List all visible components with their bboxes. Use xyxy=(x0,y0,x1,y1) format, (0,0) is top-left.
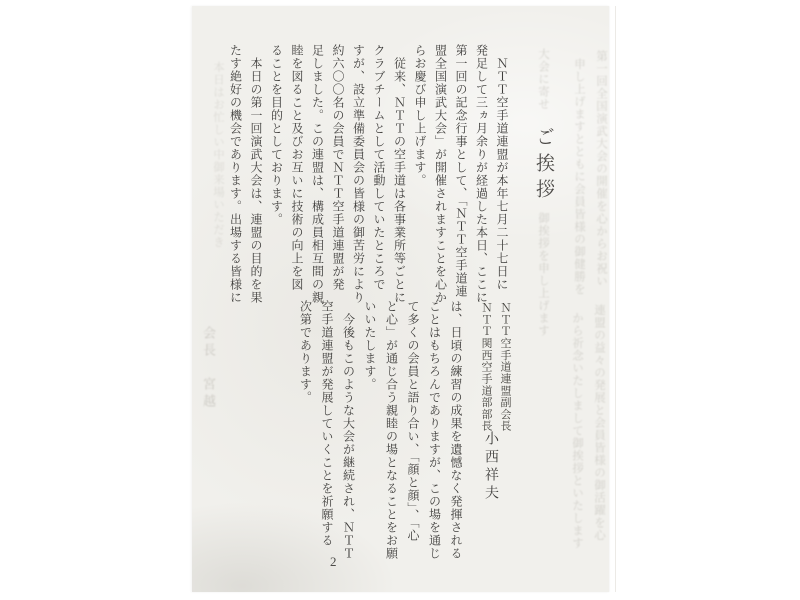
bleedthrough-column: 第一回全国演武大会の開催を心からお祝い xyxy=(591,50,611,288)
bleedthrough-column: 会長 宮越 xyxy=(198,326,218,411)
text-column: と心」が通じ合う親睦の場となることをお願 xyxy=(380,300,402,564)
text-column: ることを目的としております。 xyxy=(266,44,287,308)
body-block-lower: は、日頃の練習の成果を遺憾なく発揮される ことはもちろんでありますが、この場を通… xyxy=(294,300,466,564)
text-column: て多くの会員と語り合い、「顔と顔」、「心 xyxy=(402,300,424,564)
bleedthrough-column: 大会に寄せ xyxy=(533,48,553,111)
text-column: 次第であります。 xyxy=(294,300,316,564)
page-number: 2 xyxy=(330,554,337,570)
body-block-upper: ＮＴＴ空手道連盟が本年七月二十七日に 発足して三ヵ月余りが経過した本日、ここに … xyxy=(225,44,512,308)
text-column: 足しました。この連盟は、構成員相互間の親 xyxy=(307,44,328,308)
text-column: すが、設立準備委員会の皆様の御苦労により xyxy=(348,44,369,308)
text-column: は、日頃の練習の成果を遺憾なく発揮される xyxy=(445,300,467,564)
text-column: 従来、ＮＴＴの空手道は各事業所等ごとに xyxy=(389,44,410,308)
text-column: 発足して三ヵ月余りが経過した本日、ここに xyxy=(471,44,492,308)
text-column: 第一回の記念行事として、「ＮＴＴ空手道連 xyxy=(451,44,472,308)
bleedthrough-column: から祈念いたしまして御挨拶といたします xyxy=(567,312,587,550)
page-title: ご挨拶 xyxy=(530,127,557,205)
text-column: ことはもちろんでありますが、この場を通じ xyxy=(423,300,445,564)
text-column: 今後もこのような大会が継続され、ＮＴＴ xyxy=(337,300,359,564)
text-column: 空手道連盟が発展していくことを祈願する xyxy=(316,300,338,564)
text-column: らお慶び申し上げます。 xyxy=(410,44,431,308)
scanned-page: 第一回全国演武大会の開催を心からお祝い 申し上げますとともに会員皆様の御健勝を … xyxy=(192,6,609,592)
text-column: 約六〇〇名の会員でＮＴＴ空手道連盟が発 xyxy=(328,44,349,308)
text-column: クラブチームとして活動していたところで xyxy=(369,44,390,308)
bleedthrough-column: 連盟の益々の発展と会員皆様の御活躍を心 xyxy=(589,304,609,542)
bleedthrough-column: 申し上げますとともに会員皆様の御健勝を xyxy=(569,58,589,296)
text-column: ＮＴＴ空手道連盟が本年七月二十七日に xyxy=(492,44,513,308)
text-column: 盟全国演武大会」が開催されますことを心か xyxy=(430,44,451,308)
bleedthrough-column: 御挨拶を申し上げます xyxy=(533,212,553,337)
text-column: いいたします。 xyxy=(359,300,381,564)
text-column: たす絶好の機会であります。出場する皆様に xyxy=(225,44,246,308)
page-edge-line xyxy=(615,6,616,592)
text-column: 本日の第一回演武大会は、連盟の目的を果 xyxy=(246,44,267,308)
text-column: 睦を図ること及びお互いに技術の向上を図 xyxy=(287,44,308,308)
author-name: 小西祥夫 xyxy=(480,431,500,503)
scan-viewport: 第一回全国演武大会の開催を心からお祝い 申し上げますとともに会員皆様の御健勝を … xyxy=(0,0,800,600)
